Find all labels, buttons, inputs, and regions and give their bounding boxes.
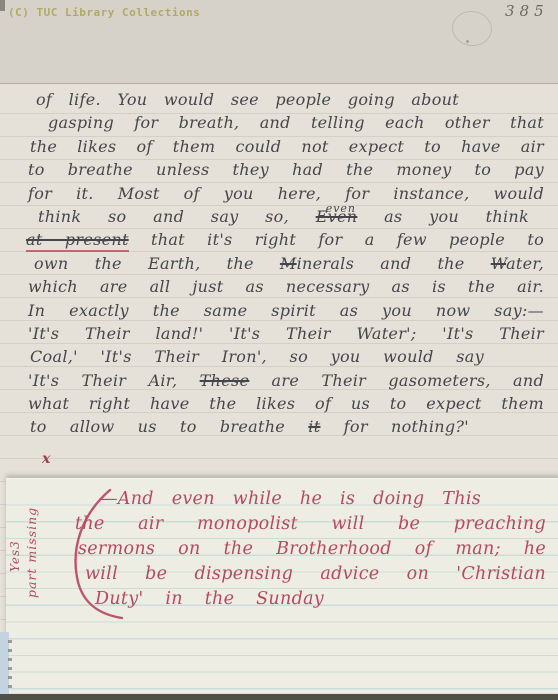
- manuscript-line-with-correction: to allow us to breathe it for nothing?': [26, 415, 544, 438]
- manuscript-line: what right have the likes of us to expec…: [26, 392, 544, 415]
- line-text: that it's right for a few people to: [151, 230, 544, 249]
- insert-line: —And even while he is doing This: [70, 487, 546, 512]
- inserted-word-above: even: [326, 197, 356, 220]
- line-text: to allow us to breathe: [30, 417, 285, 436]
- insert-line: will be dispensing advice on 'Christian: [70, 562, 546, 587]
- manuscript-line-with-correction: think so and say so, Eveneven as you thi…: [26, 205, 544, 228]
- line-text: as you think: [384, 207, 529, 226]
- line-text: for nothing?': [344, 417, 469, 436]
- manuscript-line: gasping for breath, and telling each oth…: [26, 111, 544, 134]
- corrected-word: Eveneven: [316, 207, 358, 226]
- manuscript-line: to breathe unless they had the money to …: [26, 158, 544, 181]
- manuscript-line-with-correction: at present that it's right for a few peo…: [26, 228, 544, 251]
- manuscript-line: In exactly the same spirit as you now sa…: [26, 299, 544, 322]
- manuscript-line-with-correction: 'It's Their Air, These are Their gasomet…: [26, 369, 544, 392]
- manuscript-line: for it. Most of you here, for instance, …: [26, 182, 544, 205]
- manuscript-line-with-correction: own the Earth, the Minerals and the Wate…: [26, 252, 544, 275]
- struck-letter: M: [280, 254, 297, 273]
- struck-text: it: [308, 417, 320, 436]
- margin-note-vertical: Yes3: [8, 540, 22, 572]
- insert-line: the air monopolist will be preaching: [70, 512, 546, 537]
- line-text: inerals and the: [297, 254, 465, 273]
- insert-text-block: —And even while he is doing This the air…: [70, 487, 546, 612]
- struck-letter: W: [491, 254, 506, 273]
- page-number: 385: [505, 2, 549, 20]
- scanned-document-page: (C) TUC Library Collections 385 of life.…: [0, 0, 558, 700]
- manuscript-line: Coal,' 'It's Their Iron', so you would s…: [26, 345, 544, 368]
- perforation-marks: [8, 640, 12, 692]
- manuscript-line: of life. You would see people going abou…: [26, 88, 544, 111]
- line-text: are Their gasometers, and: [272, 371, 544, 390]
- pencil-dot: [466, 40, 469, 43]
- manuscript-text-block: of life. You would see people going abou…: [26, 88, 544, 439]
- scan-bottom-shadow: [0, 694, 558, 700]
- manuscript-line: 'It's Their land!' 'It's Their Water'; '…: [26, 322, 544, 345]
- line-text: ater,: [506, 254, 544, 273]
- line-text: own the Earth, the: [34, 254, 254, 273]
- library-watermark: (C) TUC Library Collections: [8, 6, 200, 19]
- scan-edge-artifact: [0, 0, 5, 11]
- struck-text-red-underline: at present: [26, 230, 129, 252]
- line-text: 'It's Their Air,: [28, 371, 177, 390]
- insert-line: sermons on the Brotherhood of man; he: [70, 537, 546, 562]
- insert-line: Duty' in the Sunday: [70, 587, 546, 612]
- manuscript-line: the likes of them could not expect to ha…: [26, 135, 544, 158]
- margin-note-vertical: part missing: [24, 507, 39, 598]
- pencil-circle-mark: [450, 8, 494, 48]
- editorial-x-mark: x: [42, 451, 50, 467]
- line-text: think so and say so,: [38, 207, 289, 226]
- manuscript-line: which are all just as necessary as is th…: [26, 275, 544, 298]
- struck-text: These: [200, 371, 250, 390]
